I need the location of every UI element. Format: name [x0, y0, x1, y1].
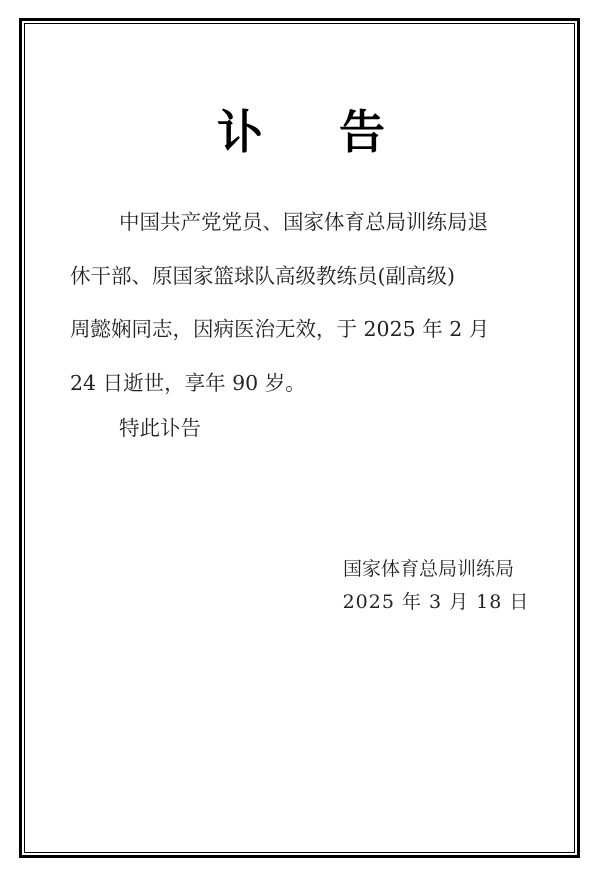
title-char-2: 告 — [339, 96, 385, 162]
title-char-1: 讣 — [217, 96, 263, 162]
body-line: 24 日逝世，享年 90 岁。 — [70, 357, 538, 411]
body-line: 休干部、原国家篮球队高级教练员(副高级) — [70, 250, 538, 304]
page-title: 讣告 — [0, 96, 602, 162]
issue-date: 2025 年 3 月 18 日 — [340, 586, 532, 619]
body-line: 中国共产党党员、国家体育总局训练局退 — [70, 196, 538, 250]
signature-block: 国家体育总局训练局 2025 年 3 月 18 日 — [340, 553, 532, 619]
issuing-organization: 国家体育总局训练局 — [340, 553, 532, 586]
obituary-body: 中国共产党党员、国家体育总局训练局退 休干部、原国家篮球队高级教练员(副高级) … — [70, 196, 538, 410]
closing-statement: 特此讣告 — [119, 408, 201, 448]
body-line: 周懿娴同志，因病医治无效，于 2025 年 2 月 — [70, 303, 538, 357]
